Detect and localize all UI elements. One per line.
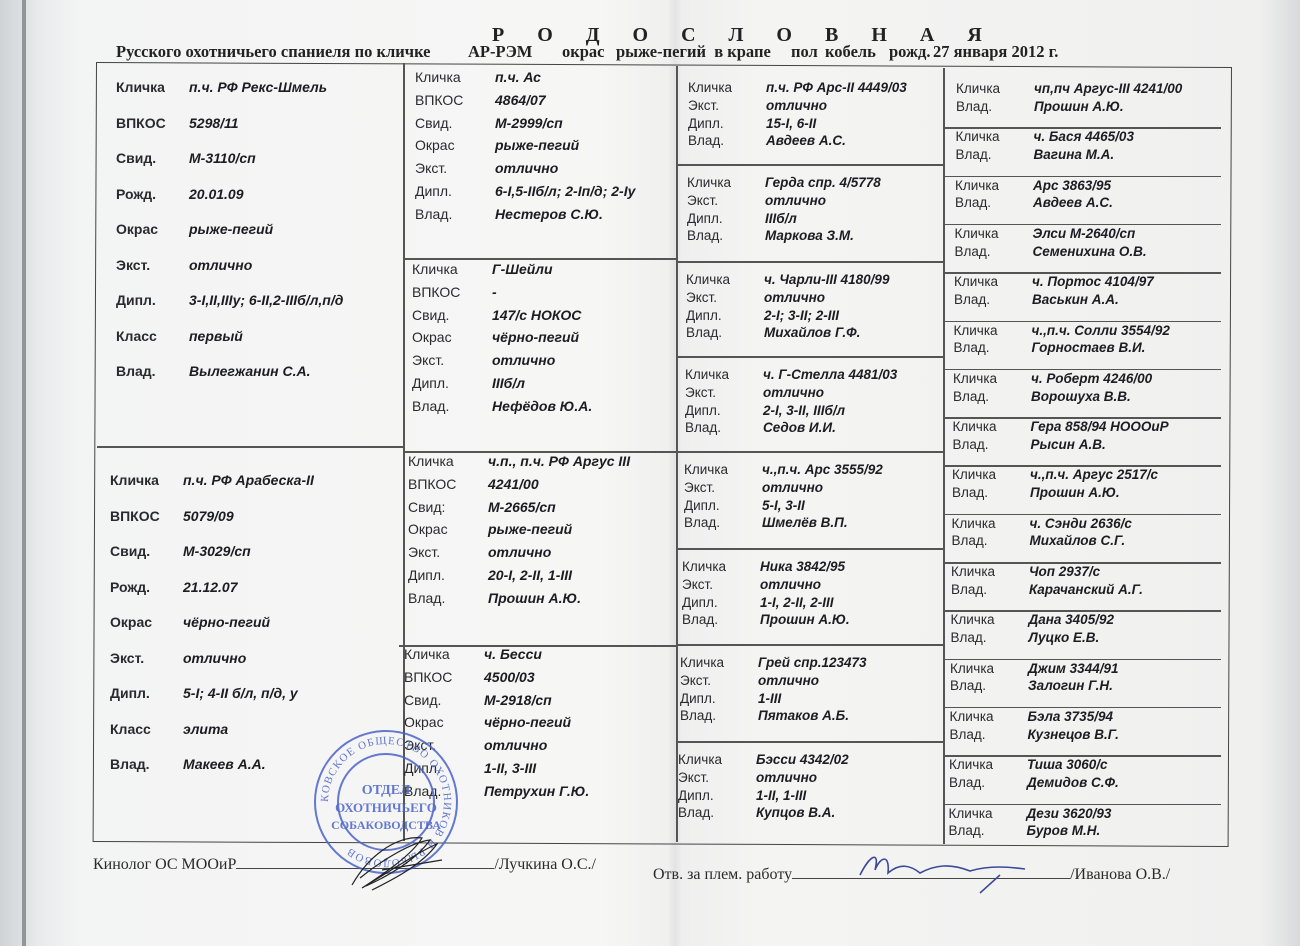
great-great-grandparent-card: Кличкачп,пч Аргус-III 4241/00Влад.Прошин… [956,82,1182,118]
row-divider [676,548,944,550]
field-label: Кличка [415,70,495,84]
field-value: ч. Чарли-III 4180/99 [764,273,889,287]
field-label: Влад. [116,364,189,378]
great-grandparent-card: Кличкач. Г-Стелла 4481/03Экст.отличноДип… [685,368,897,439]
grandparent-field-row: Окрасчёрно-пегий [412,330,592,353]
field-label: Окрас [408,522,488,536]
field-label: ВПКОС [116,116,189,130]
sex-label: пол [791,42,825,62]
field-label: Кличка [953,420,1031,434]
parent-field-row: Классэлита [110,722,314,758]
field-value: отлично [492,353,555,367]
great-grandparent-field-row: Влад.Седов И.И. [685,421,897,439]
grandparent-field-row: Свид.М-2999/сп [415,116,635,139]
field-value: отлично [488,545,551,559]
great-great-grandparent-card: Кличкач. Сэнди 2636/сВлад.Михайлов С.Г. [952,517,1132,553]
field-label: Экст. [116,258,189,272]
field-label: Дипл. [415,184,495,198]
parent-field-row: ВПКОС5298/11 [116,116,343,152]
field-label: Окрас [412,330,492,344]
field-label: Кличка [686,273,764,287]
row-divider [943,321,1221,323]
field-value: Маркова З.М. [765,229,854,243]
great-grandparent-field-row: Дипл.2-I, 3-II, IIIб/л [685,404,897,422]
field-value: 1-II, 3-III [484,761,536,775]
owner-row: Влад.Рысин А.В. [953,438,1169,456]
field-value: 2-I, 3-II, IIIб/л [763,404,845,418]
field-value: Семенихина О.В. [1033,245,1147,259]
document-subtitle: Русского охотничьего спаниеля по кличкеА… [116,42,1236,62]
great-great-grandparent-card: Кличкач.,п.ч. Аргус 2517/сВлад.Прошин А.… [952,468,1158,504]
field-label: Влад. [955,196,1033,210]
field-label: Окрас [110,615,183,629]
field-value: 2-I; 3-II; 2-III [764,309,839,323]
field-value: отлично [183,651,246,665]
field-label: Влад. [953,438,1031,452]
field-value: ч. Бася 4465/03 [1034,130,1134,144]
field-label: Экст. [412,353,492,367]
field-label: Кличка [950,662,1028,676]
field-value: ч. Портос 4104/97 [1032,275,1154,289]
field-label: Окрас [116,222,189,236]
great-grandparent-field-row: Экст.отлично [680,674,867,692]
owner-row: Влад.Прошин А.Ю. [952,486,1158,504]
field-value: чёрно-пегий [484,715,571,729]
grandparent-field-row: Экст.отлично [412,353,592,376]
grandparent-field-row: Свид:М-2665/сп [408,500,630,523]
great-grandparent-field-row: Дипл.15-I, 6-II [688,117,907,135]
field-value: Тиша 3060/с [1027,758,1108,772]
field-label: Кличка [687,176,765,190]
name-row: КличкаТиша 3060/с [949,758,1119,776]
field-value: отлично [763,386,824,400]
owner-row: Влад.Карачанский А.Г. [951,583,1143,601]
field-label: Экст. [685,386,763,400]
owner-row: Влад.Горностаев В.И. [954,341,1170,359]
field-value: 5-I, 3-II [762,499,805,513]
field-label: Влад. [955,245,1033,259]
field-label: Влад. [953,390,1031,404]
field-label: Кличка [949,807,1027,821]
field-value: п.ч. Ас [495,70,541,84]
great-grandparent-card: КличкаГерда спр. 4/5778Экст.отличноДипл.… [687,176,881,247]
field-value: Герда спр. 4/5778 [765,176,881,190]
field-label: Дипл. [680,692,758,706]
sire-card: Кличкап.ч. РФ Рекс-ШмельВПКОС5298/11Свид… [116,80,343,400]
owner-row: Влад.Демидов С.Ф. [949,776,1119,794]
field-value: рыже-пегий [189,222,273,236]
parent-field-row: Влад.Макеев А.А. [110,757,314,793]
field-label: Класс [116,329,189,343]
row-divider [676,261,944,263]
great-grandparent-field-row: Экст.отлично [685,386,897,404]
field-value: Макеев А.А. [183,757,266,771]
name-row: КличкаЧоп 2937/с [951,565,1143,583]
name-row: КличкаАрс 3863/95 [955,179,1113,197]
field-label: Влад. [680,709,758,723]
field-value: п.ч. РФ Арс-II 4449/03 [766,81,907,95]
great-great-grandparent-card: КличкаДана 3405/92Влад.Луцко Е.В. [951,613,1114,649]
great-grandparent-field-row: Кличкач. Чарли-III 4180/99 [686,273,889,291]
field-value: ч. Роберт 4246/00 [1031,372,1152,386]
great-grandparent-card: Кличкап.ч. РФ Арс-II 4449/03Экст.отлично… [688,81,907,152]
field-value: 1-II, 1-III [756,789,806,803]
field-label: Дипл. [408,568,488,582]
field-label: Влад. [951,583,1029,597]
field-label: ВПКОС [404,670,484,684]
field-label: Кличка [956,82,1034,96]
grandparent-field-row: Влад.Нестеров С.Ю. [415,207,635,230]
field-value: Нестеров С.Ю. [495,207,603,221]
dam-card: Кличкап.ч. РФ Арабеска-IIВПКОС5079/09Сви… [110,473,314,793]
great-great-grandparent-card: КличкаДези 3620/93Влад.Буров М.Н. [949,807,1112,843]
field-value: Дана 3405/92 [1029,613,1114,627]
field-value: ч. Бесси [484,647,542,661]
field-label: Кличка [684,463,762,477]
field-value: 1-III [758,692,781,706]
grandparent-field-row: Влад.Прошин А.Ю. [408,591,630,614]
field-label: Кличка [952,517,1030,531]
field-value: 1-I, 2-II, 2-III [760,596,834,610]
handwritten-signature [342,830,452,892]
row-divider [676,164,944,166]
name-row: КличкаГера 858/94 НОООиР [953,420,1169,438]
field-value: п.ч. РФ Рекс-Шмель [189,80,327,94]
stamp-line2: ОХОТНИЧЬЕГО [335,800,437,815]
grandparent-field-row: Кличкап.ч. Ас [415,70,635,93]
field-value: 3-I,II,IIIу; 6-II,2-IIIб/л,п/д [189,293,343,307]
field-label: Кличка [412,262,492,276]
owner-row: Влад.Прошин А.Ю. [956,100,1182,118]
field-value: ч. Сэнди 2636/с [1030,517,1132,531]
parent-field-row: Рожд.21.12.07 [110,580,314,616]
great-grandparent-field-row: Влад.Авдеев А.С. [688,134,907,152]
grandparent-field-row: Экст.отлично [408,545,630,568]
field-value: Рысин А.В. [1031,438,1106,452]
parent-field-row: Свид.М-3110/сп [116,151,343,187]
field-label: Рожд. [116,187,189,201]
field-label: Класс [110,722,183,736]
field-value: отлично [484,738,547,752]
name-row: КличкаДжим 3344/91 [950,662,1118,680]
name-row: Кличкач. Портос 4104/97 [954,275,1154,293]
owner-row: Влад.Буров М.Н. [949,824,1112,842]
field-value: Гера 858/94 НОООиР [1031,420,1169,434]
grandparent-field-row: Дипл.IIIб/л [412,376,592,399]
dog-birth: 27 января 2012 г. [933,42,1058,62]
great-grandparent-field-row: Влад.Прошин А.Ю. [682,613,850,631]
field-value: 6-I,5-IIб/л; 2-Iп/д; 2-Iу [495,184,635,198]
great-great-grandparent-card: КличкаБэла 3735/94Влад.Кузнецов В.Г. [950,710,1119,746]
field-value: Прошин А.Ю. [760,613,850,627]
great-great-grandparent-card: КличкаЧоп 2937/сВлад.Карачанский А.Г. [951,565,1143,601]
grandparent-field-row: Кличкач. Бесси [404,647,589,670]
field-label: Дипл. [678,789,756,803]
field-label: Свид. [415,116,495,130]
field-value: Демидов С.Ф. [1027,776,1119,790]
field-value: 5-I; 4-II б/л, п/д, у [183,686,298,700]
parent-field-row: Свид.М-3029/сп [110,544,314,580]
field-value: Прошин А.Ю. [488,591,581,605]
cynologist-name: /Лучкина О.С./ [494,856,596,873]
field-value: Ника 3842/95 [760,560,845,574]
field-label: Влад. [952,486,1030,500]
field-label: Влад. [686,326,764,340]
parent-field-row: Влад.Вылегжанин С.А. [116,364,343,400]
field-value: 147/с НОКОС [492,308,581,322]
field-label: ВПКОС [412,285,492,299]
field-value: чп,пч Аргус-III 4241/00 [1034,82,1182,96]
great-grandparent-field-row: Экст.отлично [686,291,889,309]
field-value: 21.12.07 [183,580,238,594]
field-label: Влад. [951,631,1029,645]
field-label: Кличка [680,656,758,670]
owner-row: Влад.Васькин А.А. [954,293,1154,311]
owner-row: Влад.Вагина М.А. [956,148,1134,166]
field-value: первый [189,329,243,343]
field-value: 4500/03 [484,670,535,684]
field-label: Влад. [685,421,763,435]
field-value: 15-I, 6-II [766,117,816,131]
field-value: Вагина М.А. [1034,148,1115,162]
great-grandparent-field-row: Дипл.5-I, 3-II [684,499,883,517]
great-grandparent-field-row: Влад.Маркова З.М. [687,229,881,247]
field-value: ч.п., п.ч. РФ Аргус III [488,454,630,468]
field-value: Прошин А.Ю. [1030,486,1120,500]
field-label: Экст. [408,545,488,559]
field-label: Дипл. [686,309,764,323]
field-value: 5079/09 [183,509,234,523]
field-label: Экст. [686,291,764,305]
field-label: Кличка [955,227,1033,241]
field-label: Влад. [954,293,1032,307]
parent-field-row: Экст.отлично [116,258,343,294]
row-divider [943,804,1221,806]
field-value: рыже-пегий [488,522,572,536]
row-divider [943,514,1221,516]
grandparent-field-row: ВПКОС4500/03 [404,670,589,693]
field-value: - [492,285,497,299]
parent-field-row: Рожд.20.01.09 [116,187,343,223]
field-label: Влад. [949,824,1027,838]
field-value: элита [183,722,228,736]
great-great-grandparent-card: Кличкач. Роберт 4246/00Влад.Ворошуха В.В… [953,372,1152,408]
owner-row: Влад.Кузнецов В.Г. [950,728,1119,746]
great-great-grandparent-card: Кличкач. Портос 4104/97Влад.Васькин А.А. [954,275,1154,311]
great-grandparent-field-row: Дипл.1-II, 1-III [678,789,849,807]
field-value: Пятаков А.Б. [758,709,849,723]
field-value: М-3029/сп [183,544,251,558]
field-value: чёрно-пегий [183,615,270,629]
name-row: КличкаЭлси М-2640/сп [955,227,1147,245]
parent-field-row: Окрасчёрно-пегий [110,615,314,651]
field-value: отлично [760,578,821,592]
field-label: Экст. [680,674,758,688]
field-label: Рожд. [110,580,183,594]
row-divider [943,176,1221,178]
field-value: Луцко Е.В. [1029,631,1100,645]
field-value: 5298/11 [189,116,239,130]
field-label: Влад. [412,399,492,413]
field-label: Влад. [110,757,183,771]
grandparent-field-row: Окрасрыже-пегий [415,138,635,161]
field-label: Экст. [678,771,756,785]
field-label: Влад. [688,134,766,148]
grandparent-field-row: ВПКОС4241/00 [408,477,630,500]
great-grandparent-field-row: Экст.отлично [682,578,850,596]
field-label: Влад. [950,679,1028,693]
field-label: Влад. [954,341,1032,355]
field-label: Кличка [951,613,1029,627]
field-value: Буров М.Н. [1027,824,1101,838]
field-value: Г-Шейли [492,262,553,276]
field-value: отлично [495,161,558,175]
field-value: ч. Г-Стелла 4481/03 [763,368,897,382]
field-value: Прошин А.Ю. [1034,100,1124,114]
great-grandparent-card: Кличкач.,п.ч. Арс 3555/92Экст.отличноДип… [684,463,883,534]
field-label: Экст. [110,651,183,665]
field-value: ч.,п.ч. Арс 3555/92 [762,463,883,477]
field-label: Свид. [404,693,484,707]
field-label: Экст. [684,481,762,495]
field-label: Кличка [954,275,1032,289]
great-grandparent-field-row: Влад.Шмелёв В.П. [684,516,883,534]
name-row: Кличкач. Бася 4465/03 [956,130,1134,148]
great-grandparent-field-row: КличкаНика 3842/95 [682,560,850,578]
grandparent-field-row: ВПКОС4864/07 [415,93,635,116]
field-label: Кличка [953,372,1031,386]
field-label: Кличка [954,324,1032,338]
name-row: КличкаДана 3405/92 [951,613,1114,631]
field-label: Экст. [688,99,766,113]
field-value: Авдеев А.С. [766,134,846,148]
great-great-grandparent-card: КличкаДжим 3344/91Влад.Залогин Г.Н. [950,662,1118,698]
name-row: КличкаДези 3620/93 [949,807,1112,825]
field-label: ВПКОС [110,509,183,523]
cynologist-label: Кинолог ОС МООиР [93,856,236,873]
field-value: отлично [765,194,826,208]
breeding-name: /Иванова О.В./ [1070,866,1170,883]
great-grandparent-field-row: Кличкач.,п.ч. Арс 3555/92 [684,463,883,481]
parent-field-row: Окрасрыже-пегий [116,222,343,258]
field-label: ВПКОС [408,477,488,491]
field-value: Михайлов Г.Ф. [764,326,860,340]
row-divider [403,258,676,260]
field-value: Бэсси 4342/02 [756,753,849,767]
great-grandparent-field-row: Экст.отлично [687,194,881,212]
parent-field-row: Экст.отлично [110,651,314,687]
field-value: Залогин Г.Н. [1028,679,1113,693]
field-value: Петрухин Г.Ю. [484,784,589,798]
name-row: Кличкач.,п.ч. Аргус 2517/с [952,468,1158,486]
field-value: Карачанский А.Г. [1029,583,1143,597]
field-label: Влад. [684,516,762,530]
great-grandparent-field-row: Кличкач. Г-Стелла 4481/03 [685,368,897,386]
name-row: Кличкач. Сэнди 2636/с [952,517,1132,535]
row-divider [676,741,944,743]
great-great-grandparent-card: КличкаЭлси М-2640/спВлад.Семенихина О.В. [955,227,1147,263]
field-value: Бэла 3735/94 [1028,710,1113,724]
row-divider [676,644,944,646]
field-label: Дипл. [110,686,183,700]
great-great-grandparent-card: КличкаТиша 3060/сВлад.Демидов С.Ф. [949,758,1119,794]
field-label: Кличка [956,130,1034,144]
field-value: Купцов В.А. [756,806,835,820]
field-value: ч.,п.ч. Аргус 2517/с [1030,468,1158,482]
field-label: Влад. [956,148,1034,162]
great-grandparent-field-row: Экст.отлично [678,771,849,789]
field-label: Экст. [682,578,760,592]
grandparent-field-row: ВПКОС- [412,285,592,308]
name-row: Кличкачп,пч Аргус-III 4241/00 [956,82,1182,100]
field-value: чёрно-пегий [492,330,579,344]
field-label: Влад. [949,776,1027,790]
field-value: отлично [189,258,252,272]
breeding-label: Отв. за плем. работу [653,866,792,883]
parent-field-row: Дипл.3-I,II,IIIу; 6-II,2-IIIб/л,п/д [116,293,343,329]
field-label: Кличка [116,80,189,94]
field-label: Свид. [116,151,189,165]
field-value: 20-I, 2-II, 1-III [488,568,572,582]
field-label: Влад. [415,207,495,221]
great-grandparent-field-row: Дипл.1-III [680,692,867,710]
field-label: Дипл. [684,499,762,513]
great-great-grandparent-card: КличкаГера 858/94 НОООиРВлад.Рысин А.В. [953,420,1169,456]
field-value: отлично [764,291,825,305]
field-value: рыже-пегий [495,138,579,152]
field-value: отлично [756,771,817,785]
field-label: Кличка [955,179,1033,193]
field-value: 4241/00 [488,477,539,491]
field-value: Джим 3344/91 [1028,662,1118,676]
field-value: Дези 3620/93 [1027,807,1112,821]
row-divider [676,451,944,453]
great-grandparent-card: Кличкач. Чарли-III 4180/99Экст.отличноДи… [686,273,889,344]
great-great-grandparent-card: КличкаАрс 3863/95Влад.Авдеев А.С. [955,179,1113,215]
field-label: Влад. [678,806,756,820]
field-label: Экст. [415,161,495,175]
field-value: М-2999/сп [495,116,563,130]
grandparent-field-row: КличкаГ-Шейли [412,262,592,285]
grandparent-field-row: Экст.отлично [415,161,635,184]
handwritten-signature-2 [840,845,1040,895]
field-label: Свид. [110,544,183,558]
field-label: Кличка [685,368,763,382]
dog-sex: кобель [825,42,889,62]
field-value: Шмелёв В.П. [762,516,848,530]
field-label: Свид. [412,308,492,322]
great-grandparent-field-row: Кличкап.ч. РФ Арс-II 4449/03 [688,81,907,99]
field-label: Кличка [678,753,756,767]
field-label: Влад. [687,229,765,243]
field-value: М-2918/сп [484,693,552,707]
field-value: Ворошуха В.В. [1031,390,1131,404]
field-label: Влад. [682,613,760,627]
field-value: М-3110/сп [189,151,256,165]
field-value: 4864/07 [495,93,546,107]
field-value: М-2665/сп [488,500,556,514]
field-label: Кличка [951,565,1029,579]
great-grandparent-field-row: Влад.Купцов В.А. [678,806,849,824]
field-value: IIIб/л [765,212,797,226]
parent-field-row: Класспервый [116,329,343,365]
name-row: Кличкач. Роберт 4246/00 [953,372,1152,390]
field-value: Михайлов С.Г. [1030,534,1126,548]
great-grandparent-field-row: Дипл.IIIб/л [687,212,881,230]
name-row: Кличкач.,п.ч. Солли 3554/92 [954,324,1170,342]
field-value: Авдеев А.С. [1033,196,1113,210]
great-grandparent-field-row: Экст.отлично [684,481,883,499]
